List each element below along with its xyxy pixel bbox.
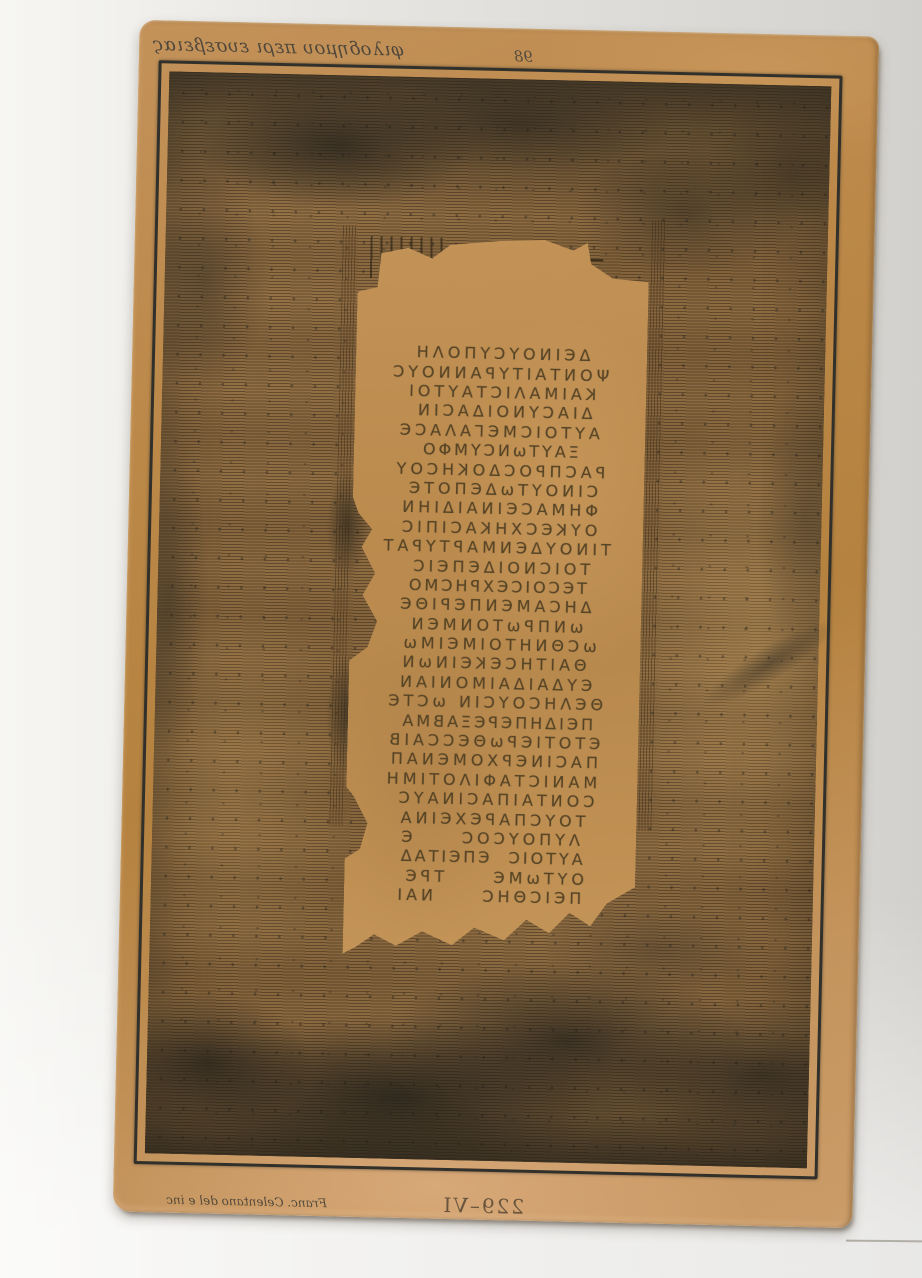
papyrus-facsimile: ΔЄΙΝΟΥϹΥΠΟΛΗΨΟΝΤΑΙΤΥΡΑΝΝΟΥϹΚΑΙΜΑΛΙϹΤΑΥΤΟ… xyxy=(342,231,649,964)
photograph: 98 φιλοδημου περι ευσεβειας ΔЄΙΝΟΥϹΥΠΟΛΗ… xyxy=(0,0,922,1278)
papyrus-text-block: ΔЄΙΝΟΥϹΥΠΟΛΗΨΟΝΤΑΙΤΥΡΑΝΝΟΥϹΚΑΙΜΑΛΙϹΤΑΥΤΟ… xyxy=(344,283,649,910)
engraver-signature: Franc. Celentano del e inc xyxy=(127,1192,327,1211)
engraved-field: ΔЄΙΝΟΥϹΥΠΟΛΗΨΟΝΤΑΙΤΥΡΑΝΝΟΥϹΚΑΙΜΑΛΙϹΤΑΥΤΟ… xyxy=(145,71,831,1168)
table-seam xyxy=(846,1240,922,1243)
plate-number: 229–VI xyxy=(413,1192,554,1219)
inventory-number: 98 xyxy=(514,42,534,65)
handwritten-title: φιλοδημου περι ευσεβειας xyxy=(152,34,405,61)
copper-plate: 98 φιλοδημου περι ευσεβειας ΔЄΙΝΟΥϹΥΠΟΛΗ… xyxy=(113,20,880,1228)
